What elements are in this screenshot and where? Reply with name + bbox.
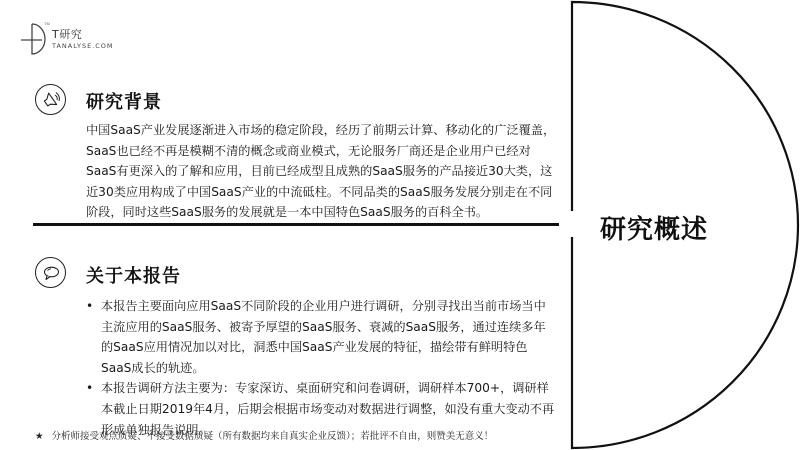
list-item: • 本报告主要面向应用SaaS不同阶段的企业用户进行调研，分别寻找出当前市场当中… — [86, 296, 556, 378]
footnote-text: 分析师接受观点质疑、不接受数据质疑（所有数据均来自真实企业反馈）；若批评不自由，… — [52, 431, 494, 442]
bullet-dot: • — [86, 378, 93, 399]
background-paragraph: 中国SaaS产业发展逐渐进入市场的稳定阶段，经历了前期云计算、移动化的广泛覆盖，… — [86, 120, 556, 223]
footnote: ★分析师接受观点质疑、不接受数据质疑（所有数据均来自真实企业反馈）；若批评不自由… — [35, 428, 493, 442]
logo-domain: TANALYSE.COM — [52, 42, 114, 50]
section-title-background: 研究背景 — [86, 88, 162, 114]
section-title-about: 关于本报告 — [86, 262, 181, 288]
star-icon: ★ — [35, 431, 44, 442]
section-icon-badge — [35, 84, 66, 115]
chat-bubble-icon — [42, 264, 60, 282]
about-bullet-list: • 本报告主要面向应用SaaS不同阶段的企业用户进行调研，分别寻找出当前市场当中… — [86, 296, 556, 440]
section-divider — [33, 223, 559, 226]
speaker-icon — [42, 91, 60, 109]
section-icon-badge — [35, 257, 66, 288]
bullet-text: 本报告主要面向应用SaaS不同阶段的企业用户进行调研，分别寻找出当前市场当中主流… — [101, 299, 546, 375]
overview-title: 研究概述 — [600, 209, 708, 246]
logo-name: T研究 — [52, 26, 82, 42]
logo-mark-icon: TM — [18, 20, 50, 58]
svg-text:TM: TM — [44, 21, 50, 26]
bullet-dot: • — [86, 296, 93, 317]
